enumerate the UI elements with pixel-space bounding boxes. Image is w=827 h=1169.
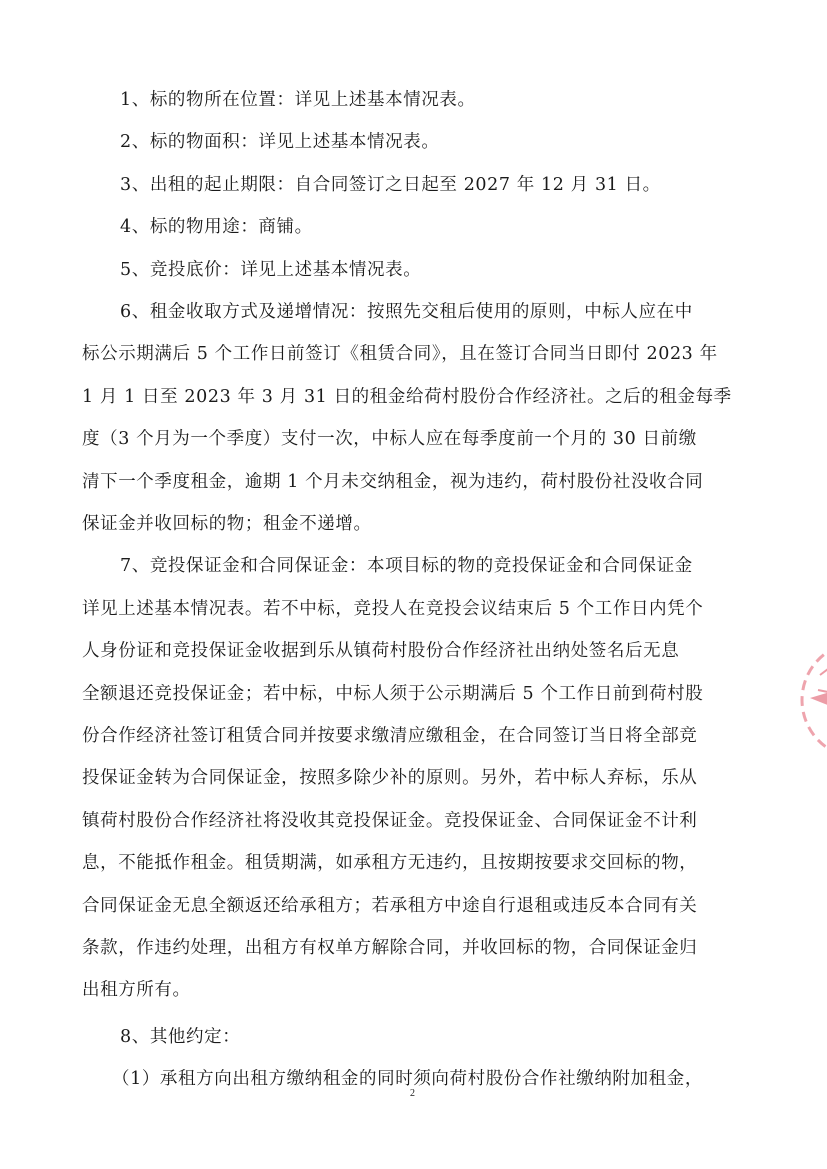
- text-line: 清下一个季度租金，逾期 1 个月未交纳租金，视为违约，荷村股份社没收合同: [82, 470, 703, 494]
- text-line: 投保证金转为合同保证金，按照多除少补的原则。另外，若中标人弃标，乐从: [82, 766, 697, 790]
- text-line: 息，不能抵作租金。租赁期满，如承租方无违约，且按期按要求交回标的物，: [82, 851, 697, 875]
- text-line: 2、标的物面积：详见上述基本情况表。: [120, 130, 439, 154]
- text-line: 标公示期满后 5 个工作日前签订《租赁合同》，且在签订合同当日即付 2023 年: [82, 342, 718, 366]
- text-line: 出租方所有。: [82, 978, 191, 1002]
- page-number: 2: [410, 1088, 415, 1099]
- text-line: 合同保证金无息全额返还给承租方；若承租方中途自行退租或违反本合同有关: [82, 894, 697, 918]
- text-line: 条款，作违约处理，出租方有权单方解除合同，并收回标的物，合同保证金归: [82, 936, 697, 960]
- text-line: 8、其他约定：: [120, 1025, 240, 1049]
- document-page: 1、标的物所在位置：详见上述基本情况表。2、标的物面积：详见上述基本情况表。3、…: [0, 0, 827, 1169]
- text-line: 7、竞投保证金和合同保证金：本项目标的物的竞投保证金和合同保证金: [120, 554, 693, 578]
- text-line: 5、竞投底价：详见上述基本情况表。: [120, 258, 421, 282]
- text-line: 镇荷村股份合作经济社将没收其竞投保证金。竞投保证金、合同保证金不计利: [82, 809, 697, 833]
- text-line: 全额退还竞投保证金；若中标，中标人须于公示期满后 5 个工作日前到荷村股: [82, 682, 703, 706]
- text-line: 4、标的物用途：商铺。: [120, 215, 313, 239]
- text-line: 详见上述基本情况表。若不中标，竞投人在竞投会议结束后 5 个工作日内凭个: [82, 597, 703, 621]
- text-line: （1）承租方向出租方缴纳租金的同时须向荷村股份合作社缴纳附加租金，: [112, 1067, 703, 1091]
- text-line: 1、标的物所在位置：详见上述基本情况表。: [120, 88, 476, 112]
- text-line: 份合作经济社签订租赁合同并按要求缴清应缴租金，在合同签订当日将全部竞: [82, 724, 697, 748]
- text-line: 人身份证和竞投保证金收据到乐从镇荷村股份合作经济社出纳处签名后无息: [82, 639, 679, 663]
- text-line: 3、出租的起止期限：自合同签订之日起至 2027 年 12 月 31 日。: [120, 173, 661, 197]
- text-line: 1 月 1 日至 2023 年 3 月 31 日的租金给荷村股份合作经济社。之后…: [82, 385, 732, 409]
- red-seal-stamp-icon: [800, 620, 827, 780]
- text-line: 度（3 个月为一个季度）支付一次，中标人应在每季度前一个月的 30 日前缴: [82, 427, 697, 451]
- text-line: 6、租金收取方式及递增情况：按照先交租后使用的原则，中标人应在中: [120, 300, 693, 324]
- text-line: 保证金并收回标的物；租金不递增。: [82, 512, 372, 536]
